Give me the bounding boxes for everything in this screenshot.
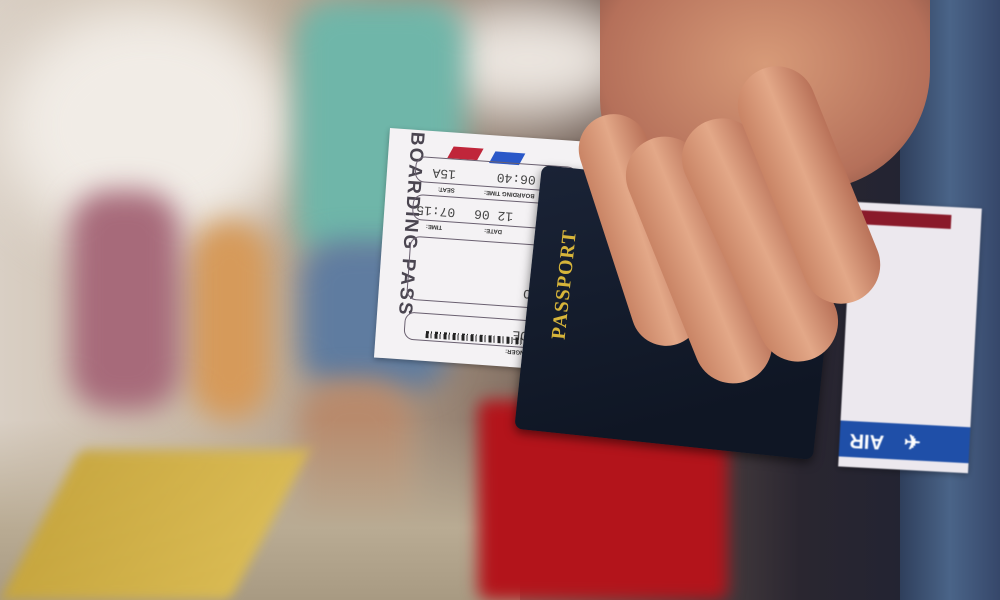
date-value: 12 06 xyxy=(474,206,514,224)
boarding-time-label: BOARDING TIME: xyxy=(484,189,535,199)
time-value: 07:15 xyxy=(416,202,456,220)
passport-cover-text: PASSPORT xyxy=(548,228,582,340)
time-label: TIME: xyxy=(426,223,443,230)
ticket-airline-band: AIR ✈ xyxy=(839,420,971,463)
date-label: DATE: xyxy=(484,227,502,234)
seat-value: 15A xyxy=(432,165,456,182)
seat-label: SEAT: xyxy=(438,186,455,193)
blurred-person-pink xyxy=(70,190,180,410)
boarding-time-value: 06:40 xyxy=(496,170,536,188)
blurred-person-orange xyxy=(190,220,270,420)
ticket-airline-text: AIR xyxy=(849,427,885,452)
airplane-icon: ✈ xyxy=(903,429,921,455)
